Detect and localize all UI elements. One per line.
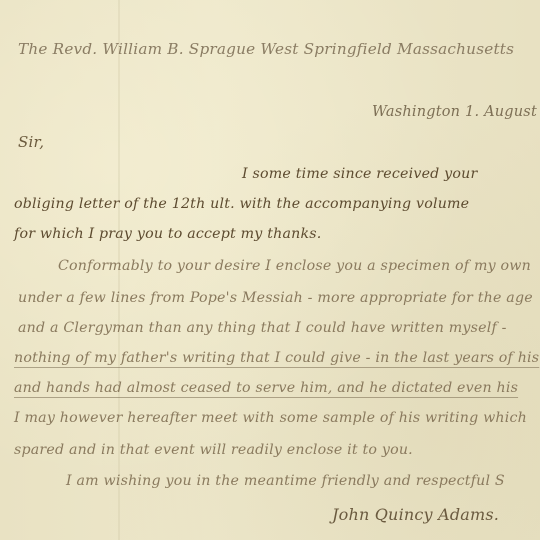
- body-line-3: for which I pray you to accept my thanks…: [14, 226, 321, 242]
- body-line-1: I some time since received your: [242, 166, 477, 182]
- signature: John Quincy Adams.: [332, 505, 499, 524]
- salutation: Sir,: [18, 133, 44, 151]
- body-line-9: I may however hereafter meet with some s…: [14, 410, 527, 426]
- closing-line: I am wishing you in the meantime friendl…: [66, 473, 505, 489]
- body-line-6: and a Clergyman than any thing that I co…: [18, 320, 507, 336]
- dateline: Washington 1. August: [372, 104, 537, 120]
- body-line-2: obliging letter of the 12th ult. with th…: [14, 196, 469, 212]
- address-line: The Revd. William B. Sprague West Spring…: [18, 42, 514, 58]
- letter-page: The Revd. William B. Sprague West Spring…: [0, 0, 540, 540]
- body-line-7: nothing of my father's writing that I co…: [14, 350, 539, 366]
- body-line-10: spared and in that event will readily en…: [14, 442, 413, 458]
- body-line-4: Conformably to your desire I enclose you…: [58, 258, 531, 274]
- body-line-8: and hands had almost ceased to serve him…: [14, 380, 518, 396]
- body-line-5: under a few lines from Pope's Messiah - …: [18, 290, 533, 306]
